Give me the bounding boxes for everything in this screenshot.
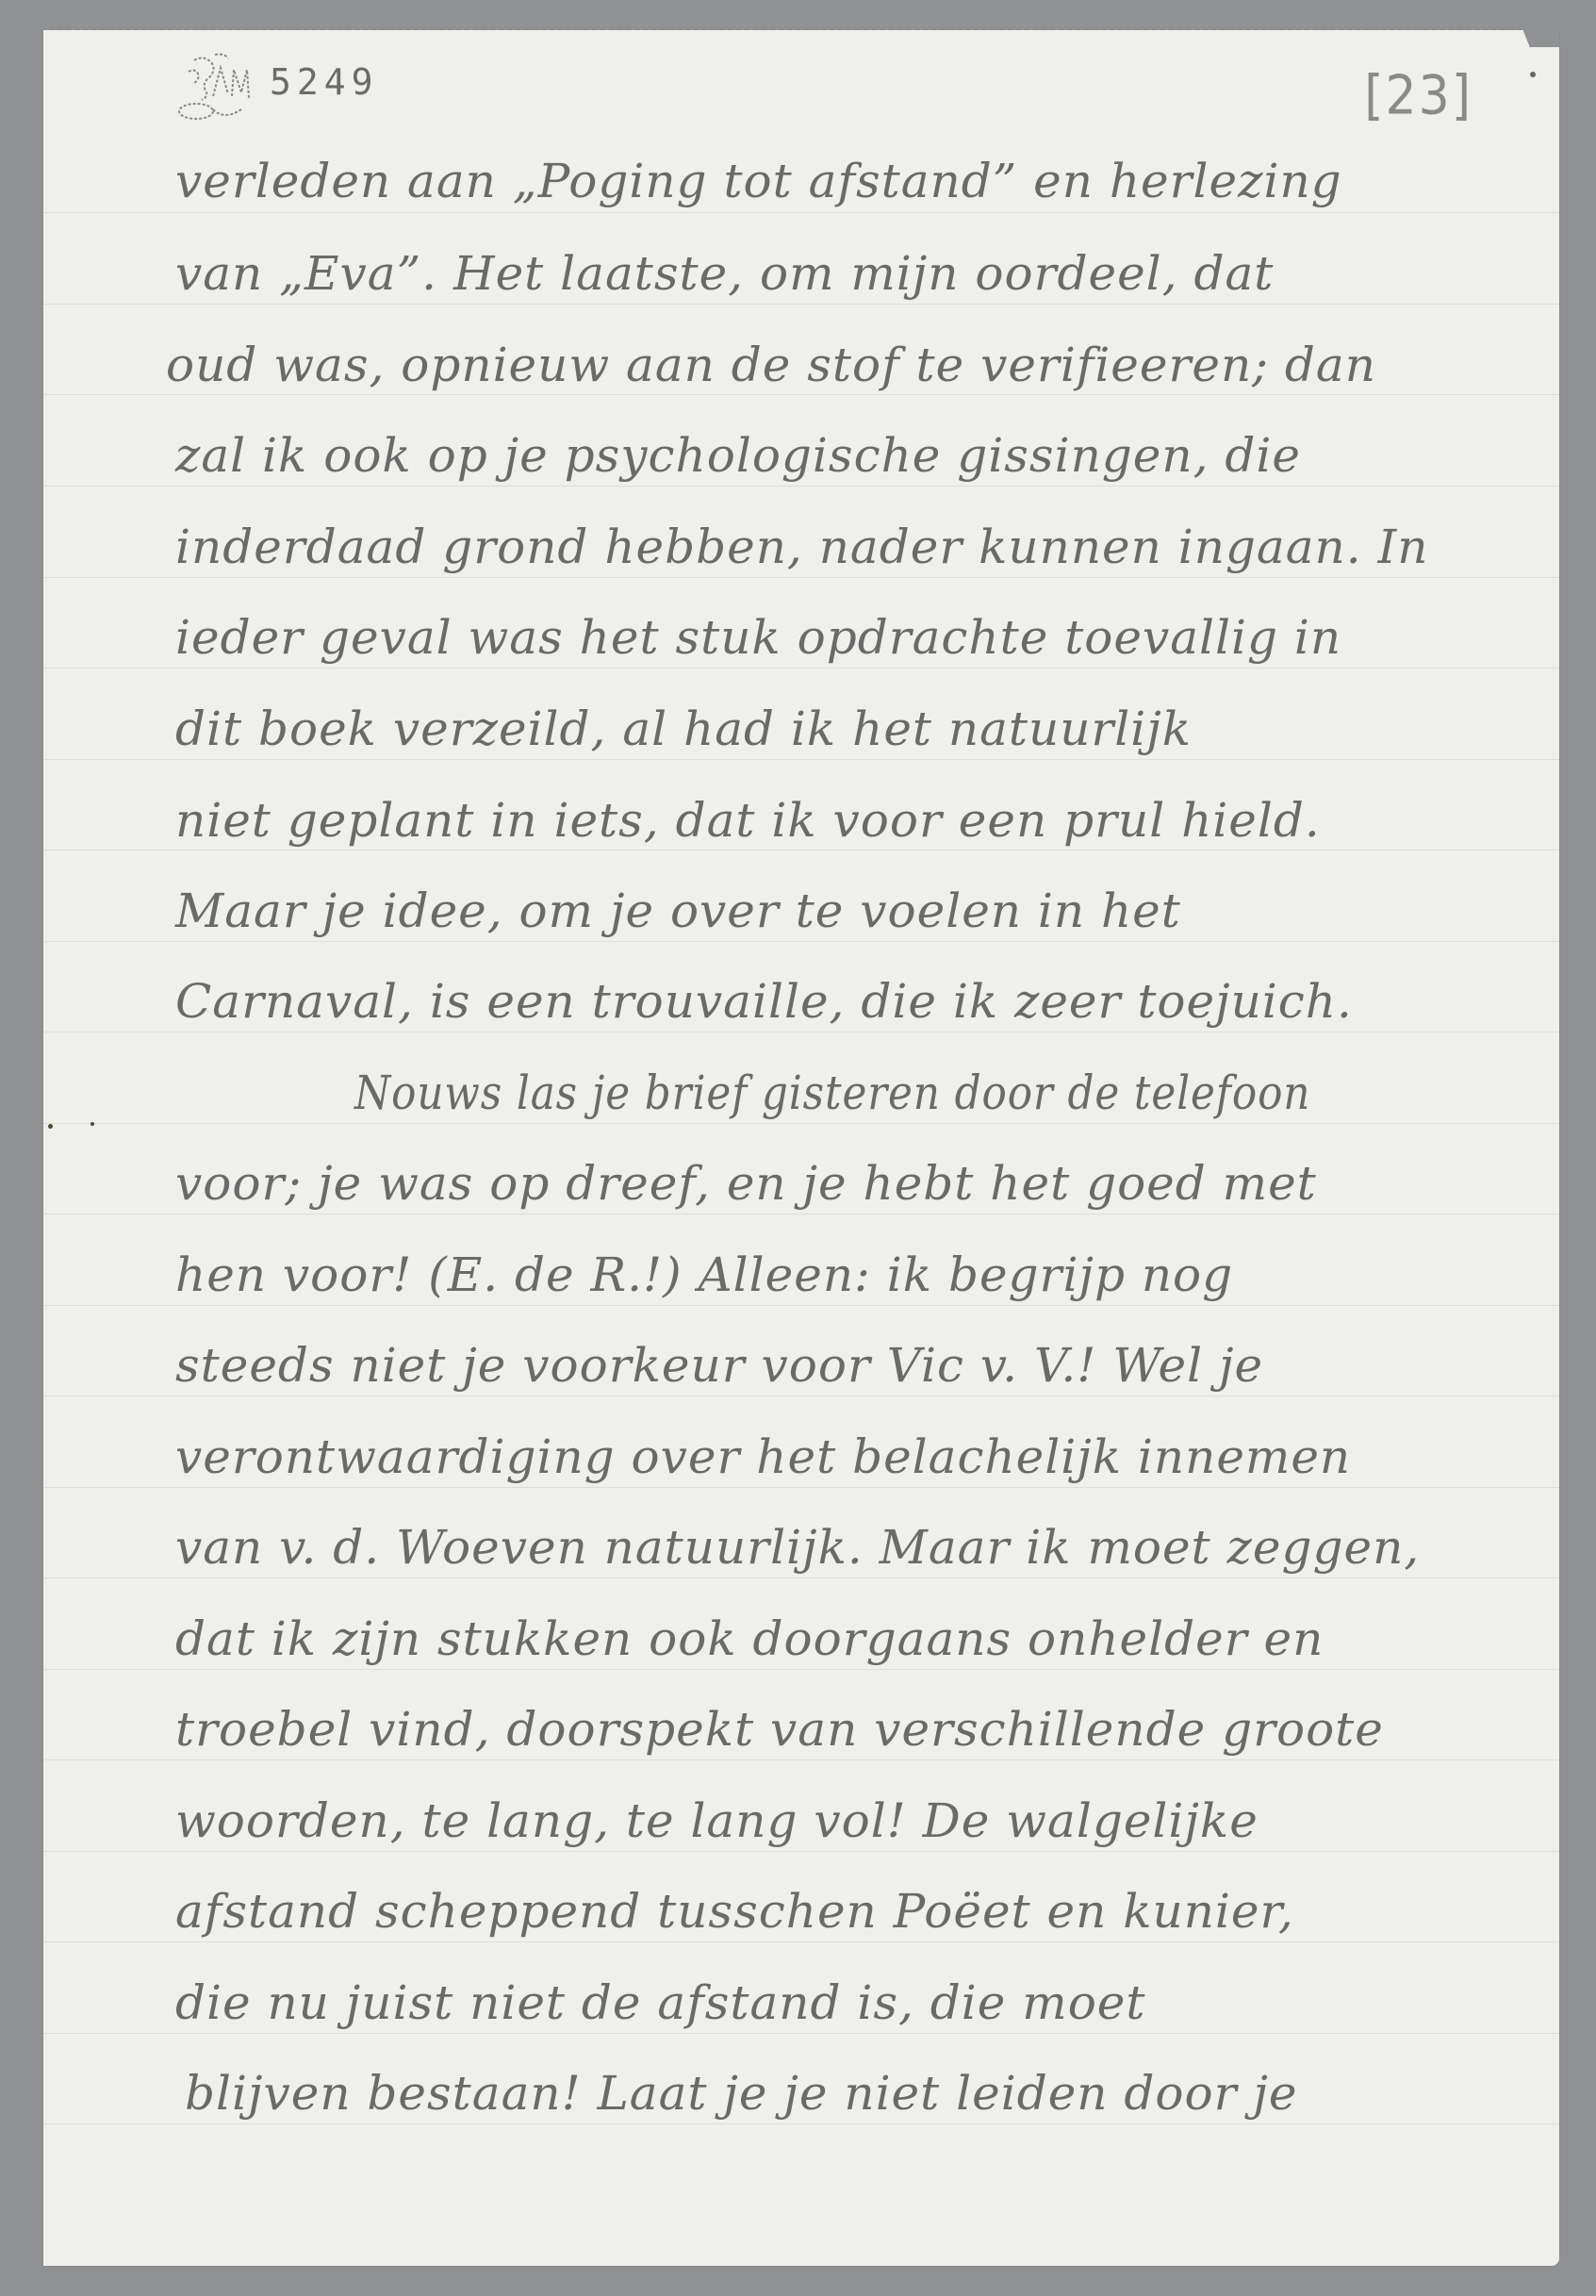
handwritten-line: Carnaval, is een trouvaille, die ik zeer… [175,973,1533,1030]
handwritten-line-indented: Nouws las je brief gisteren door de tele… [354,1065,1542,1121]
handwritten-line: dit boek verzeild, al had ik het natuurl… [175,701,1533,757]
handwritten-line: niet geplant in iets, dat ik voor een pr… [175,792,1533,849]
handwritten-line: die nu juist niet de afstand is, die moe… [175,1974,1533,2031]
handwritten-line: blijven bestaan! Laat je je niet leiden … [185,2065,1542,2122]
handwritten-line: dat ik zijn stukken ook doorgaans onheld… [175,1611,1533,1667]
letter-body: verleden aan „Poging tot afstand” en her… [43,30,1559,2266]
handwritten-line: ieder geval was het stuk opdrachte toeva… [175,609,1533,666]
handwritten-line: inderdaad grond hebben, nader kunnen ing… [175,519,1533,575]
letter-page: 5249 [23] verleden aan „Poging tot afsta… [43,30,1559,2266]
handwritten-line: verontwaardiging over het belachelijk in… [175,1429,1533,1485]
handwritten-line: steeds niet je voorkeur voor Vic v. V.! … [175,1337,1533,1394]
handwritten-line: oud was, opnieuw aan de stof te verifiee… [166,337,1523,393]
handwritten-line: troebel vind, doorspekt van verschillend… [175,1701,1533,1758]
handwritten-line: afstand scheppend tusschen Poëet en kuni… [175,1883,1533,1940]
handwritten-line: woorden, te lang, te lang vol! De walgel… [175,1792,1533,1849]
handwritten-line: van v. d. Woeven natuurlijk. Maar ik moe… [175,1519,1533,1576]
handwritten-line: hen voor! (E. de R.!) Alleen: ik begrijp… [175,1247,1533,1303]
handwritten-line: Maar je idee, om je over te voelen in he… [175,883,1533,939]
handwritten-line: verleden aan „Poging tot afstand” en her… [175,153,1533,209]
handwritten-line: voor; je was op dreef, en je hebt het go… [175,1155,1533,1212]
handwritten-line: zal ik ook op je psychologische gissinge… [175,427,1533,484]
handwritten-line: van „Eva”. Het laatste, om mijn oordeel,… [175,245,1533,302]
